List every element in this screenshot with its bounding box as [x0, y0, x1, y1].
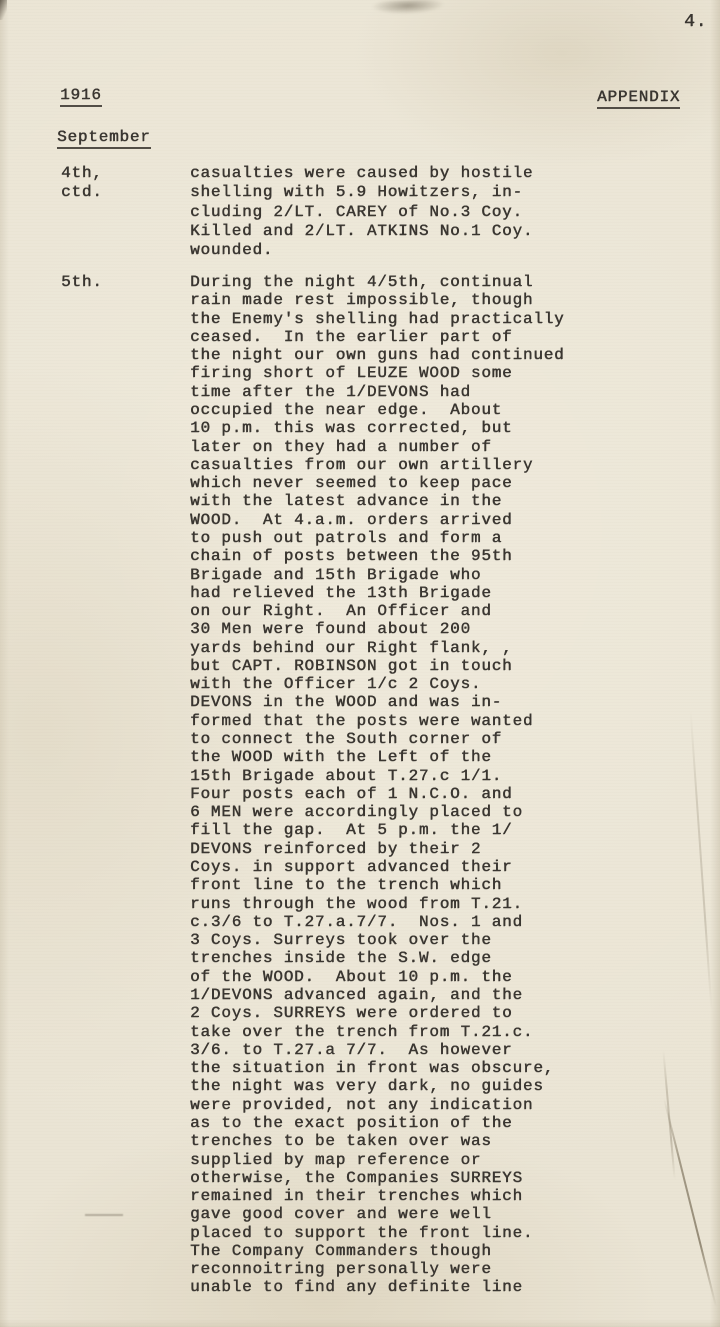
year-heading-wrap: 1916 [60, 86, 102, 107]
ink-smudge [372, 0, 444, 15]
entry-1-body: casualties were caused by hostile shelli… [190, 164, 533, 260]
entry-2-body: During the night 4/5th, continual rain m… [190, 273, 564, 1297]
entry-1-date: 4th, ctd. [61, 164, 103, 203]
document-page: 4. 1916 APPENDIX September 4th, ctd. cas… [0, 0, 720, 1327]
year-heading: 1916 [60, 86, 102, 107]
page-number: 4. [684, 12, 707, 32]
entry-2-date: 5th. [61, 273, 103, 291]
paper-crease-main [663, 1098, 717, 1307]
page-corner-mark [0, 0, 7, 20]
month-heading-wrap: September [57, 128, 151, 149]
appendix-heading: APPENDIX [597, 88, 680, 109]
paper-crease-upper [690, 710, 713, 1009]
month-heading: September [57, 128, 151, 149]
appendix-heading-wrap: APPENDIX [597, 88, 680, 109]
pencil-dash-mark [85, 1214, 123, 1216]
